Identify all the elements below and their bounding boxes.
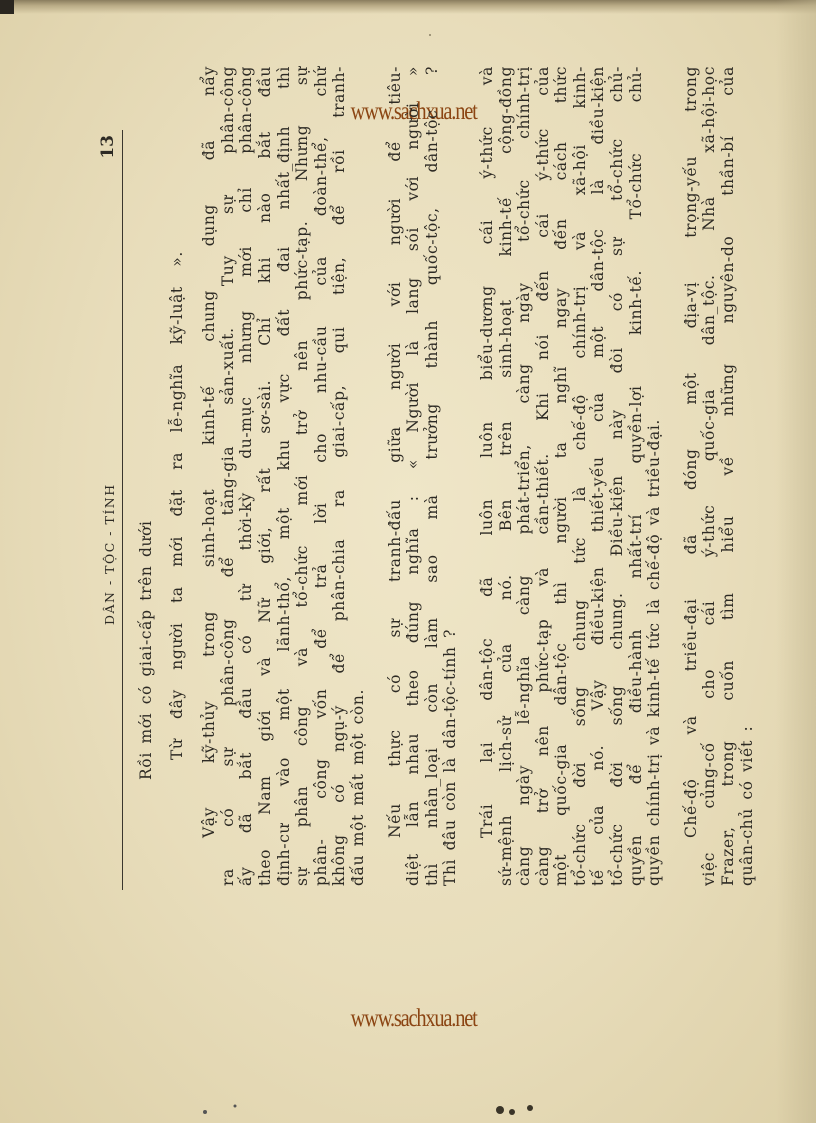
paragraph-line: quân-chủ có viết : [738,66,757,1010]
header-rule [122,130,123,890]
paragraph-line: việc củng-cố cho cái ý-thức quốc-gia dân… [700,66,719,1010]
paragraph-line: không có ngụ-ý để phân-chia ra giai-cấp,… [330,66,349,1010]
paragraph-line: phân- công vốn để trả lời cho nhu-cầu củ… [312,66,331,1010]
rotated-book-page: DÂN - TỘC - TÍNH 13 Rồi mới có giai-cấp … [100,130,790,1010]
running-head: DÂN - TỘC - TÍNH 13 [100,130,122,1010]
paragraph-line: quyền chính-trị và kinh-tế tức là chế-độ… [645,66,664,1010]
quote-line-1: Rồi mới có giai-cấp trên dưới [137,130,156,1010]
paragraph-line: Thì đâu còn là dân-tộc-tính ? [441,66,460,1010]
paragraph-2: Nếu thực có sự tranh-đấu giữa người với … [386,130,460,1010]
paragraph-line: định-cư vào một lãnh-thổ, một khu vực đấ… [275,66,294,1010]
paragraph-line: tổ-chức đời sống chung. Điều-kiện này đò… [608,66,627,1010]
paragraph-line: càng ngày lễ-nghĩa càng phát-triển, càng… [515,66,534,1010]
paragraph-line: thì nhân_loại còn làm sao mà trưởng thàn… [423,66,442,1010]
paragraph-line: Trái lại dân-tộc đã luôn luôn biểu-dương… [478,66,497,1010]
paragraph-line: sự phân công và tổ-chức mới trở nên phức… [293,66,312,1010]
paragraph-line: ấy đã bắt đầu có từ thời-kỳ du-mục nhưng… [237,66,256,1010]
paragraph-3: Trái lại dân-tộc đã luôn luôn biểu-dương… [478,130,664,1010]
paragraph-line: quyền để điều-hành nhất-trí quyền-lợi ki… [627,66,646,1010]
paragraph-line: một quốc-gia dân-tộc thì người ta nghĩ n… [552,66,571,1010]
paragraph-line: theo Nam giới và Nữ giới, rất sơ-sài. Ch… [256,66,275,1010]
page-number: 13 [98,135,118,159]
scan-corner [0,0,14,14]
paragraph-4: Chế-độ và triều-đại đã đóng một địa-vị t… [682,130,756,1010]
paragraph-line: tổ-chức đời sống chung tức là chế-độ chí… [571,66,590,1010]
paragraph-line: Frazer, trong cuốn tìm hiểu về những ngu… [719,66,738,1010]
paragraph-line: càng trở nên phức-tạp và cần-thiết. Khi … [534,66,553,1010]
paragraph-line: ra có sự phân-công để tăng-gia sản-xuất.… [219,66,238,1010]
paragraph-1: Vậy kỹ-thủy trong sinh-hoạt kinh-tế chun… [200,130,367,1010]
paragraph-line: Nếu thực có sự tranh-đấu giữa người với … [386,66,405,1010]
paragraph-line: đấu một mất một còn. [349,66,368,1010]
running-head-title: DÂN - TỘC - TÍNH [102,483,117,625]
paragraph-line: diệt lẫn nhau theo đúng nghĩa : « Người … [404,66,423,1010]
paragraph-line: Chế-độ và triều-đại đã đóng một địa-vị t… [682,66,701,1010]
quote-line-2: Từ đây người ta mới đặt ra lễ-nghĩa kỹ-l… [168,130,187,1010]
paragraph-line: tế của nó. Vậy điều-kiện thiết-yếu của m… [589,66,608,1010]
page-top-edge-shadow [0,0,816,14]
paragraph-line: Vậy kỹ-thủy trong sinh-hoạt kinh-tế chun… [200,66,219,1010]
paragraph-line: sứ-mệnh lịch-sử của nó. Bên trên sinh-ho… [497,66,516,1010]
